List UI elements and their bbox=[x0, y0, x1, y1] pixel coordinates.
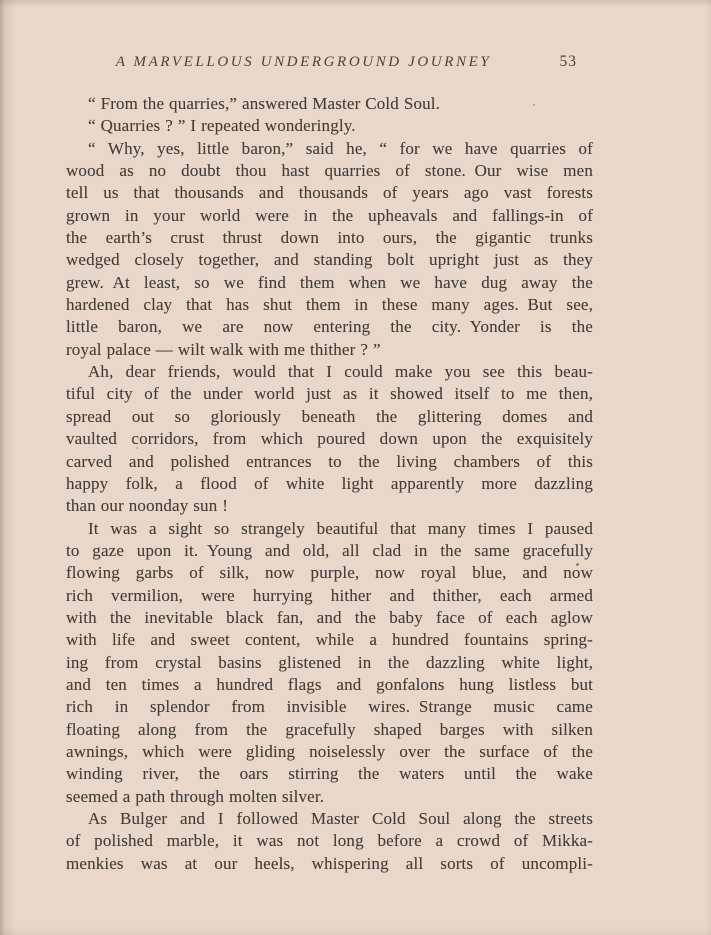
text-block: “ From the quarries,” answered Master Co… bbox=[66, 93, 593, 875]
text-line: grew. At least, so we find them when we … bbox=[66, 272, 593, 294]
text-line: rich in splendor from invisible wires. S… bbox=[66, 696, 593, 718]
text-line: hardened clay that has shut them in thes… bbox=[66, 294, 593, 316]
text-line: ing from crystal basins glistened in the… bbox=[66, 652, 593, 674]
text-line: seemed a path through molten silver. bbox=[66, 786, 593, 808]
paragraph-narration-2: It was a sight so strangely beautiful th… bbox=[66, 518, 593, 808]
text-line: tell us that thousands and thousands of … bbox=[66, 182, 593, 204]
text-line: It was a sight so strangely beautiful th… bbox=[66, 518, 593, 540]
text-line: with life and sweet content, while a hun… bbox=[66, 629, 593, 651]
text-line: “ Why, yes, little baron,” said he, “ fo… bbox=[66, 138, 593, 160]
text-line: tiful city of the under world just as it… bbox=[66, 383, 593, 405]
text-line: awnings, which were gliding noiselessly … bbox=[66, 741, 593, 763]
text-line: rich vermilion, were hurrying hither and… bbox=[66, 585, 593, 607]
paragraph-quote-1: “ From the quarries,” answered Master Co… bbox=[66, 93, 593, 115]
text-line: menkies was at our heels, whispering all… bbox=[66, 853, 593, 875]
text-line: “ Quarries ? ” I repeated wonderingly. bbox=[66, 115, 593, 137]
text-line: to gaze upon it. Young and old, all clad… bbox=[66, 540, 593, 562]
page-number: 53 bbox=[560, 53, 578, 71]
text-line: Ah, dear friends, would that I could mak… bbox=[66, 361, 593, 383]
paragraph-narration-3: As Bulger and I followed Master Cold Sou… bbox=[66, 808, 593, 875]
text-line: than our noonday sun ! bbox=[66, 495, 593, 517]
paper-speck bbox=[533, 104, 535, 106]
paragraph-quote-2: “ Quarries ? ” I repeated wonderingly. bbox=[66, 115, 593, 137]
text-line: flowing garbs of silk, now purple, now r… bbox=[66, 562, 593, 584]
running-title: A MARVELLOUS UNDERGROUND JOURNEY bbox=[116, 54, 492, 71]
text-line: spread out so gloriously beneath the gli… bbox=[66, 406, 593, 428]
text-line: happy folk, a flood of white light appar… bbox=[66, 473, 593, 495]
text-line: and ten times a hundred flags and gonfal… bbox=[66, 674, 593, 696]
text-line: wedged closely together, and standing bo… bbox=[66, 249, 593, 271]
text-line: floating along from the gracefully shape… bbox=[66, 719, 593, 741]
paper-speck bbox=[136, 447, 138, 449]
paragraph-narration-1: Ah, dear friends, would that I could mak… bbox=[66, 361, 593, 517]
text-line: carved and polished entrances to the liv… bbox=[66, 451, 593, 473]
text-line: winding river, the oars stirring the wat… bbox=[66, 763, 593, 785]
text-line: “ From the quarries,” answered Master Co… bbox=[66, 93, 593, 115]
text-line: As Bulger and I followed Master Cold Sou… bbox=[66, 808, 593, 830]
paper-speck bbox=[576, 563, 579, 566]
text-line: of polished marble, it was not long befo… bbox=[66, 830, 593, 852]
text-line: grown in your world were in the upheaval… bbox=[66, 205, 593, 227]
text-line: with the inevitable black fan, and the b… bbox=[66, 607, 593, 629]
text-line: wood as no doubt thou hast quarries of s… bbox=[66, 160, 593, 182]
book-page-scan: A MARVELLOUS UNDERGROUND JOURNEY 53 “ Fr… bbox=[0, 0, 711, 935]
text-line: the earth’s crust thrust down into ours,… bbox=[66, 227, 593, 249]
text-line: royal palace — wilt walk with me thither… bbox=[66, 339, 593, 361]
paragraph-quote-3: “ Why, yes, little baron,” said he, “ fo… bbox=[66, 138, 593, 361]
text-line: vaulted corridors, from which poured dow… bbox=[66, 428, 593, 450]
text-line: little baron, we are now entering the ci… bbox=[66, 316, 593, 338]
running-header: A MARVELLOUS UNDERGROUND JOURNEY 53 bbox=[66, 53, 593, 75]
